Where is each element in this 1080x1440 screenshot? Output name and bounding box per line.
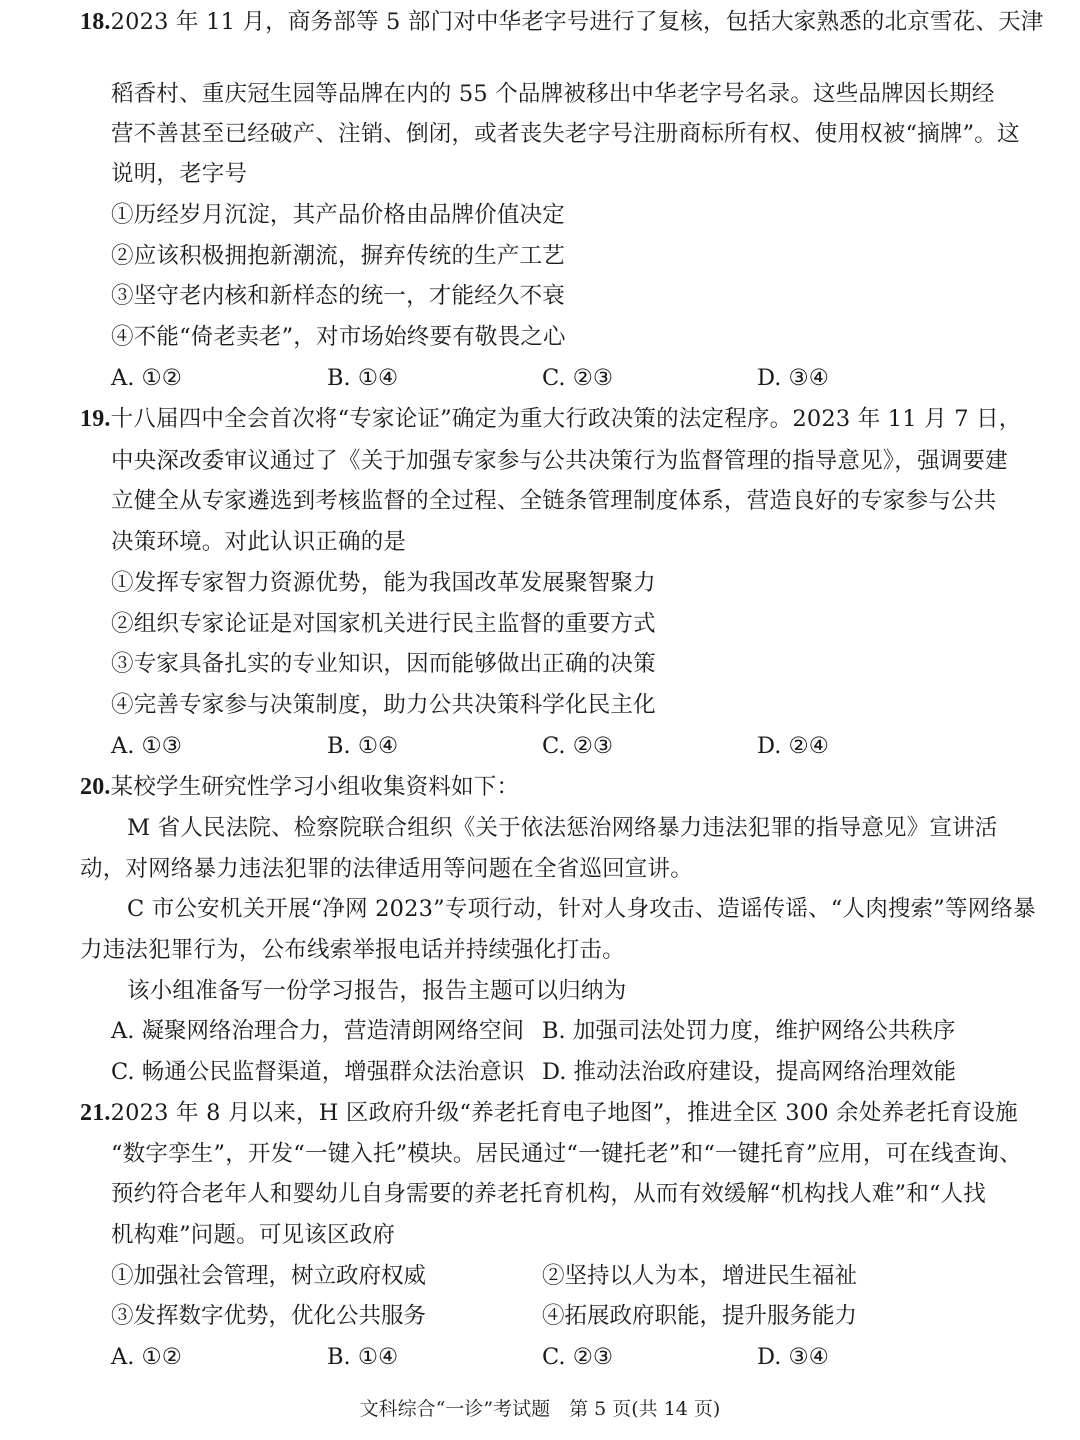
statement: ④拓展政府职能，提升服务能力: [542, 1301, 857, 1331]
question-number: 20.: [80, 774, 111, 800]
choice-a[interactable]: A. ①②: [111, 1342, 182, 1372]
page-footer: 文科综合“一诊”考试题 第 5 页(共 14 页): [0, 1396, 1080, 1422]
statement: ④不能“倚老卖老”，对市场始终要有敬畏之心: [111, 322, 566, 352]
choice-c[interactable]: C. 畅通公民监督渠道，增强群众法治意识: [111, 1057, 524, 1087]
stem-line: 立健全从专家遴选到考核监督的全过程、全链条管理制度体系，营造良好的专家参与公共: [111, 486, 996, 516]
statement: ③专家具备扎实的专业知识，因而能够做出正确的决策: [111, 649, 656, 679]
statement: ①发挥专家智力资源优势，能为我国改革发展聚智聚力: [111, 568, 656, 598]
choice-c[interactable]: C. ②③: [542, 363, 613, 393]
choice-d[interactable]: D. 推动法治政府建设，提高网络治理效能: [542, 1057, 956, 1087]
choice-c[interactable]: C. ②③: [542, 1342, 613, 1372]
choice-a[interactable]: A. 凝聚网络治理合力，营造清朗网络空间: [111, 1016, 524, 1046]
choice-a[interactable]: A. ①③: [111, 731, 182, 761]
material-line: 该小组准备写一份学习报告，报告主题可以归纳为: [127, 976, 626, 1006]
question-20-line-1: 20.某校学生研究性学习小组收集资料如下：: [80, 772, 519, 802]
stem-line: 中央深改委审议通过了《关于加强专家参与公共决策行为监督管理的指导意见》，强调要建: [111, 446, 1008, 476]
question-number: 19.: [80, 406, 111, 432]
statement: ②坚持以人为本，增进民生福祉: [542, 1261, 857, 1291]
question-21-line-1: 21.2023 年 8 月以来，H 区政府升级“养老托育电子地图”，推进全区 3…: [80, 1098, 1018, 1128]
statement: ③发挥数字优势，优化公共服务: [111, 1301, 426, 1331]
stem-text: 十八届四中全会首次将“专家论证”确定为重大行政决策的法定程序。2023 年 11…: [111, 406, 1022, 432]
statement: ④完善专家参与决策制度，助力公共决策科学化民主化: [111, 690, 656, 720]
exam-page: 18.2023 年 11 月，商务部等 5 部门对中华老字号进行了复核，包括大家…: [0, 0, 1080, 1440]
statement: ①历经岁月沉淀，其产品价格由品牌价值决定: [111, 200, 565, 230]
statement: ②应该积极拥抱新潮流，摒弃传统的生产工艺: [111, 241, 565, 271]
stem-line: 稻香村、重庆冠生园等品牌在内的 55 个品牌被移出中华老字号名录。这些品牌因长期…: [111, 79, 995, 109]
choice-b[interactable]: B. ①④: [327, 731, 398, 761]
stem-line: 预约符合老年人和婴幼儿自身需要的养老托育机构，从而有效缓解“机构找人难”和“人找: [111, 1179, 986, 1209]
choice-d[interactable]: D. ②④: [757, 731, 829, 761]
stem-line: 说明，老字号: [111, 159, 247, 189]
stem-line: 营不善甚至已经破产、注销、倒闭，或者丧失老字号注册商标所有权、使用权被“摘牌”。…: [111, 119, 1020, 149]
question-number: 21.: [80, 1100, 111, 1126]
choice-d[interactable]: D. ③④: [757, 1342, 829, 1372]
choice-b[interactable]: B. ①④: [327, 1342, 398, 1372]
choice-b[interactable]: B. ①④: [327, 363, 398, 393]
stem-line: 决策环境。对此认识正确的是: [111, 527, 406, 557]
stem-text: 2023 年 11 月，商务部等 5 部门对中华老字号进行了复核，包括大家熟悉的…: [111, 9, 1044, 35]
choice-c[interactable]: C. ②③: [542, 731, 613, 761]
question-19-line-1: 19.十八届四中全会首次将“专家论证”确定为重大行政决策的法定程序。2023 年…: [80, 404, 1021, 434]
material-line: 力违法犯罪行为，公布线索举报电话并持续强化打击。: [80, 935, 625, 965]
stem-text: 某校学生研究性学习小组收集资料如下：: [111, 774, 520, 800]
material-line: M 省人民法院、检察院联合组织《关于依法惩治网络暴力违法犯罪的指导意见》宣讲活: [127, 813, 998, 843]
choice-b[interactable]: B. 加强司法处罚力度，维护网络公共秩序: [542, 1016, 955, 1046]
statement: ③坚守老内核和新样态的统一，才能经久不衰: [111, 281, 565, 311]
stem-line: “数字孪生”，开发“一键入托”模块。居民通过“一键托老”和“一键托育”应用，可在…: [111, 1139, 1022, 1169]
question-number: 18.: [80, 9, 111, 35]
material-line: 动，对网络暴力违法犯罪的法律适用等问题在全省巡回宣讲。: [80, 854, 693, 884]
question-18-line-1: 18.2023 年 11 月，商务部等 5 部门对中华老字号进行了复核，包括大家…: [80, 7, 1043, 37]
statement: ②组织专家论证是对国家机关进行民主监督的重要方式: [111, 609, 656, 639]
choice-d[interactable]: D. ③④: [757, 363, 829, 393]
material-line: C 市公安机关开展“净网 2023”专项行动，针对人身攻击、造谣传谣、“人肉搜索…: [127, 894, 1036, 924]
choice-a[interactable]: A. ①②: [111, 363, 182, 393]
statement: ①加强社会管理，树立政府权威: [111, 1261, 426, 1291]
stem-text: 2023 年 8 月以来，H 区政府升级“养老托育电子地图”，推进全区 300 …: [111, 1100, 1018, 1126]
stem-line: 机构难”问题。可见该区政府: [111, 1220, 395, 1250]
